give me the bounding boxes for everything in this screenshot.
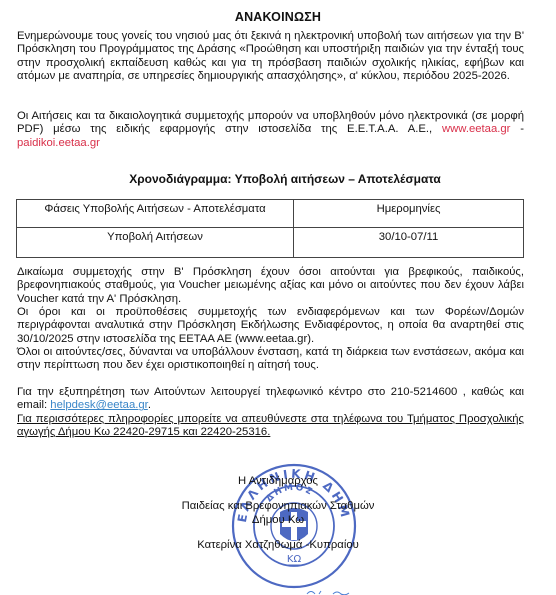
link-separator: - — [510, 123, 524, 135]
schedule-table: Φάσεις Υποβολής Αιτήσεων - Αποτελέσματα … — [16, 199, 524, 258]
svg-text:ΚΩ: ΚΩ — [287, 554, 302, 565]
eetaa-link[interactable]: www.eetaa.gr — [442, 123, 510, 135]
helpdesk-suffix: . — [148, 399, 151, 411]
table-header-row: Φάσεις Υποβολής Αιτήσεων - Αποτελέσματα … — [17, 200, 524, 228]
intro-paragraph: Ενημερώνουμε τους γονείς του νησιού μας … — [17, 30, 524, 84]
announcement-title: ΑΝΑΚΟΙΝΩΣΗ — [0, 11, 556, 24]
objections-paragraph: Όλοι οι αιτούντες/σες, δύνανται να υποβά… — [17, 346, 524, 373]
helpdesk-paragraph: Για την εξυπηρέτηση των Αιτούντων λειτου… — [17, 386, 524, 413]
header-phases: Φάσεις Υποβολής Αιτήσεων - Αποτελέσματα — [17, 200, 294, 228]
header-dates: Ημερομηνίες — [294, 200, 524, 228]
terms-paragraph: Οι όροι και οι προϋποθέσεις συμμετοχής τ… — [17, 306, 524, 346]
signature-municipality: Δήμου Κω — [0, 514, 556, 527]
signature-role: Η Αντιδήμαρχος — [0, 475, 556, 488]
paidikoi-link[interactable]: paidikoi.eetaa.gr — [17, 137, 100, 149]
signature-department: Παιδείας και Βρεφονηπιακών Σταθμών — [0, 500, 556, 513]
cell-date: 30/10-07/11 — [294, 228, 524, 258]
schedule-title: Χρονοδιάγραμμα: Υποβολή αιτήσεων – Αποτε… — [0, 173, 556, 186]
more-info-paragraph: Για περισσότερες πληροφορίες μπορείτε να… — [17, 413, 524, 440]
helpdesk-email-link[interactable]: helpdesk@eetaa.gr — [50, 399, 148, 411]
submission-paragraph: Οι Αιτήσεις και τα δικαιολογητικά συμμετ… — [17, 110, 524, 150]
handwritten-signature-icon — [305, 588, 365, 595]
cell-phase: Υποβολή Αιτήσεων — [17, 228, 294, 258]
signature-name: Κατερίνα Χατζηθωμά -Κυπραίου — [0, 539, 556, 552]
eligibility-paragraph: Δικαίωμα συμμετοχής στην Β' Πρόσκληση έχ… — [17, 266, 524, 306]
table-row: Υποβολή Αιτήσεων 30/10-07/11 — [17, 228, 524, 258]
